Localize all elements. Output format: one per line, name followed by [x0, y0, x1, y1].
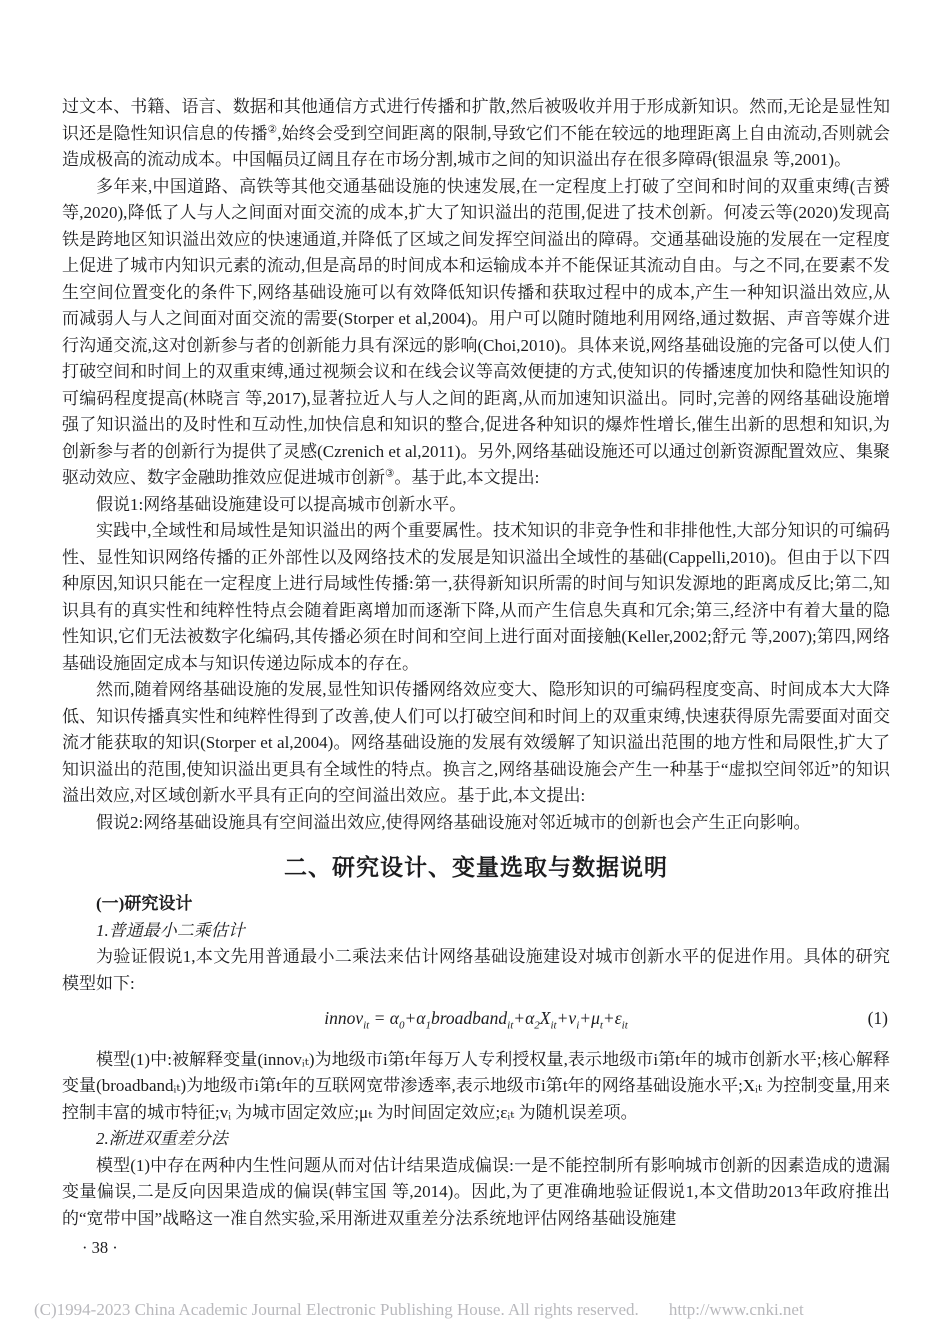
- paragraph-text: 多年来,中国道路、高铁等其他交通基础设施的快速发展,在一定程度上打破了空间和时间…: [62, 177, 890, 488]
- paragraph-model-variables: 模型(1)中:被解释变量(innovᵢₜ)为地级市i第t年每万人专利授权量,表示…: [62, 1047, 890, 1127]
- paragraph-knowledge-transfer: 过文本、书籍、语言、数据和其他通信方式进行传播和扩散,然后被吸收并用于形成新知识…: [62, 94, 890, 174]
- footnote-ref-3: ③: [385, 468, 394, 479]
- equation-term: Xit: [540, 1008, 557, 1028]
- equation-number: (1): [868, 1002, 888, 1034]
- equation-term: +εit: [603, 1008, 628, 1028]
- paragraph-text: 。基于此,本文提出:: [394, 468, 539, 487]
- article-text-column: 过文本、书籍、语言、数据和其他通信方式进行传播和扩散,然后被吸收并用于形成新知识…: [62, 94, 890, 1232]
- footnote-ref-2: ②: [268, 124, 278, 135]
- section-heading-2: 二、研究设计、变量选取与数据说明: [62, 849, 890, 882]
- copyright-footer: (C)1994-2023 China Academic Journal Elec…: [34, 1300, 934, 1320]
- equation-term: +vi: [557, 1008, 580, 1028]
- hypothesis-2: 假说2:网络基础设施具有空间溢出效应,使得网络基础设施对邻近城市的创新也会产生正…: [62, 810, 890, 837]
- list-item-ols-estimation: 1.普通最小二乘估计: [62, 918, 890, 945]
- equation-term: +α2: [513, 1008, 540, 1028]
- paragraph-transport-vs-network: 多年来,中国道路、高铁等其他交通基础设施的快速发展,在一定程度上打破了空间和时间…: [62, 174, 890, 492]
- paragraph-endogeneity: 模型(1)中存在两种内生性问题从而对估计结果造成偏误:一是不能控制所有影响城市创…: [62, 1153, 890, 1233]
- equation-term: = α0: [369, 1008, 404, 1028]
- copyright-text: (C)1994-2023 China Academic Journal Elec…: [34, 1300, 639, 1319]
- equation-term: broadbandit: [431, 1008, 513, 1028]
- paragraph-network-development: 然而,随着网络基础设施的发展,显性知识传播网络效应变大、隐形知识的可编码程度变高…: [62, 677, 890, 810]
- cnki-url: http://www.cnki.net: [669, 1300, 804, 1319]
- equation-term: +μt: [579, 1008, 603, 1028]
- equation-1: innovit = α0+α1broadbandit+α2Xit+vi+μt+ε…: [62, 1002, 890, 1042]
- subsection-heading-research-design: (一)研究设计: [62, 891, 890, 918]
- page-number: · 38 ·: [82, 1238, 118, 1258]
- journal-page: { "page": { "number": "· 38 ·", "text_co…: [0, 0, 950, 1344]
- hypothesis-1: 假说1:网络基础设施建设可以提高城市创新水平。: [62, 492, 890, 519]
- paragraph-global-local-properties: 实践中,全域性和局域性是知识溢出的两个重要属性。技术知识的非竞争性和非排他性,大…: [62, 518, 890, 677]
- paragraph-model-intro: 为验证假说1,本文先用普通最小二乘法来估计网络基础设施建设对城市创新水平的促进作…: [62, 944, 890, 997]
- equation-term: +α1: [405, 1008, 432, 1028]
- list-item-staggered-did: 2.渐进双重差分法: [62, 1126, 890, 1153]
- equation-term: innovit: [324, 1008, 369, 1028]
